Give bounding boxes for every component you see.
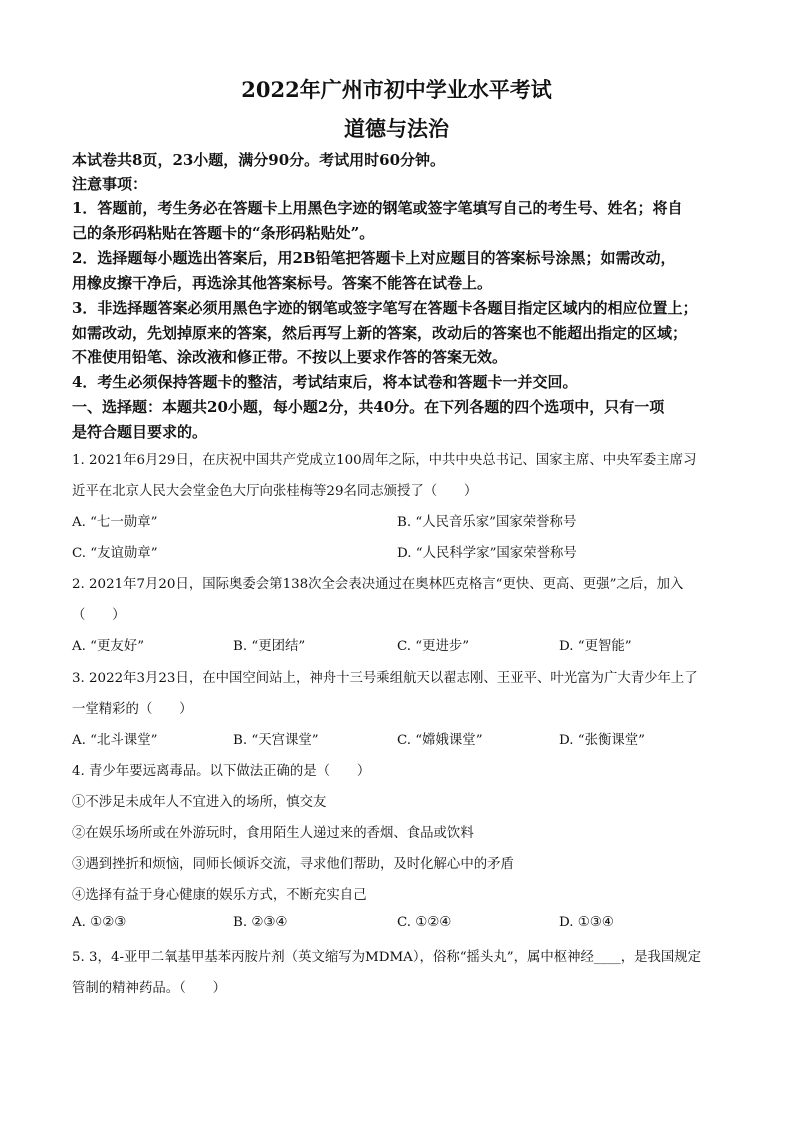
notice-line: 4．考生必须保持答题卡的整洁，考试结束后，将本试卷和答题卡一并交回。 bbox=[72, 371, 577, 392]
question-1-text: 1. 2021年6月29日，在庆祝中国共产党成立100周年之际，中共中央总书记、… bbox=[72, 449, 696, 468]
question-2-option-a: A. “更友好” bbox=[72, 635, 144, 654]
question-3-text: 一堂精彩的（ ） bbox=[72, 698, 193, 717]
question-4-option-b: B. ②③④ bbox=[233, 915, 287, 930]
question-3-option-b: B. “天宫课堂” bbox=[233, 729, 319, 748]
exam-title: 2022年广州市初中学业水平考试 bbox=[0, 74, 793, 104]
notice-line: 用橡皮擦干净后，再选涂其他答案标号。答案不能答在试卷上。 bbox=[72, 272, 492, 293]
section-heading: 一、选择题：本题共20小题，每小题2分，共40分。在下列各题的四个选项中，只有一… bbox=[72, 396, 664, 417]
exam-summary: 本试卷共8页，23小题，满分90分。考试用时60分钟。 bbox=[72, 149, 445, 170]
question-4-statement-3: ③遇到挫折和烦恼，同师长倾诉交流，寻求他们帮助，及时化解心中的矛盾 bbox=[72, 853, 514, 872]
notice-line: 3．非选择题答案必须用黑色字迹的钢笔或签字笔写在答题卡各题目指定区域内的相应位置… bbox=[72, 297, 697, 318]
notice-line: 不准使用铅笔、涂改液和修正带。不按以上要求作答的答案无效。 bbox=[72, 346, 507, 367]
question-3-text: 3. 2022年3月23日，在中国空间站上，神舟十三号乘组航天以翟志刚、王亚平、… bbox=[72, 667, 698, 686]
question-4-statement-2: ②在娱乐场所或在外游玩时，食用陌生人递过来的香烟、食品或饮料 bbox=[72, 822, 474, 841]
question-4-option-a: A. ①②③ bbox=[72, 915, 126, 930]
question-5-text: 管制的精神药品。（ ） bbox=[72, 977, 226, 996]
question-4-option-d: D. ①③④ bbox=[559, 915, 614, 930]
question-4-statement-1: ①不涉足未成年人不宜进入的场所，慎交友 bbox=[72, 791, 326, 810]
question-1-option-d: D. “人民科学家”国家荣誉称号 bbox=[397, 542, 577, 561]
section-heading: 是符合题目要求的。 bbox=[72, 421, 207, 442]
notice-line: 2．选择题每小题选出答案后，用2B铅笔把答题卡上对应题目的答案标号涂黑；如需改动… bbox=[72, 247, 676, 268]
exam-subject: 道德与法治 bbox=[0, 113, 793, 143]
question-2-option-d: D. “更智能” bbox=[559, 635, 632, 654]
question-2-text: （ ） bbox=[72, 604, 126, 623]
question-1-option-b: B. “人民音乐家”国家荣誉称号 bbox=[397, 511, 576, 530]
notice-heading: 注意事项： bbox=[72, 173, 147, 194]
exam-page: 2022年广州市初中学业水平考试 道德与法治 本试卷共8页，23小题，满分90分… bbox=[0, 0, 793, 1122]
question-2-option-b: B. “更团结” bbox=[233, 635, 305, 654]
question-3-option-d: D. “张衡课堂” bbox=[559, 729, 645, 748]
question-4-text: 4. 青少年要远离毒品。以下做法正确的是（ ） bbox=[72, 760, 370, 779]
question-4-statement-4: ④选择有益于身心健康的娱乐方式，不断充实自己 bbox=[72, 884, 367, 903]
question-3-option-a: A. “北斗课堂” bbox=[72, 729, 157, 748]
question-1-option-c: C. “友谊勋章” bbox=[72, 542, 158, 561]
notice-line: 1．答题前，考生务必在答题卡上用黑色字迹的钢笔或签字笔填写自己的考生号、姓名；将… bbox=[72, 197, 682, 218]
question-2-text: 2. 2021年7月20日，国际奥委会第138次全会表决通过在奥林匹克格言“更快… bbox=[72, 573, 683, 592]
question-2-option-c: C. “更进步” bbox=[397, 635, 469, 654]
notice-line: 己的条形码粘贴在答题卡的“条形码粘贴处”。 bbox=[72, 222, 374, 243]
notice-line: 如需改动，先划掉原来的答案，然后再写上新的答案，改动后的答案也不能超出指定的区域… bbox=[72, 322, 687, 343]
question-5-text: 5. 3，4-亚甲二氧基甲基苯丙胺片剂（英文缩写为MDMA），俗称“摇头丸”，属… bbox=[72, 946, 701, 965]
question-4-option-c: C. ①②④ bbox=[397, 915, 451, 930]
question-1-text: 近平在北京人民大会堂金色大厅向张桂梅等29名同志颁授了（ ） bbox=[72, 480, 477, 499]
question-3-option-c: C. “嫦娥课堂” bbox=[397, 729, 483, 748]
question-1-option-a: A. “七一勋章” bbox=[72, 511, 157, 530]
